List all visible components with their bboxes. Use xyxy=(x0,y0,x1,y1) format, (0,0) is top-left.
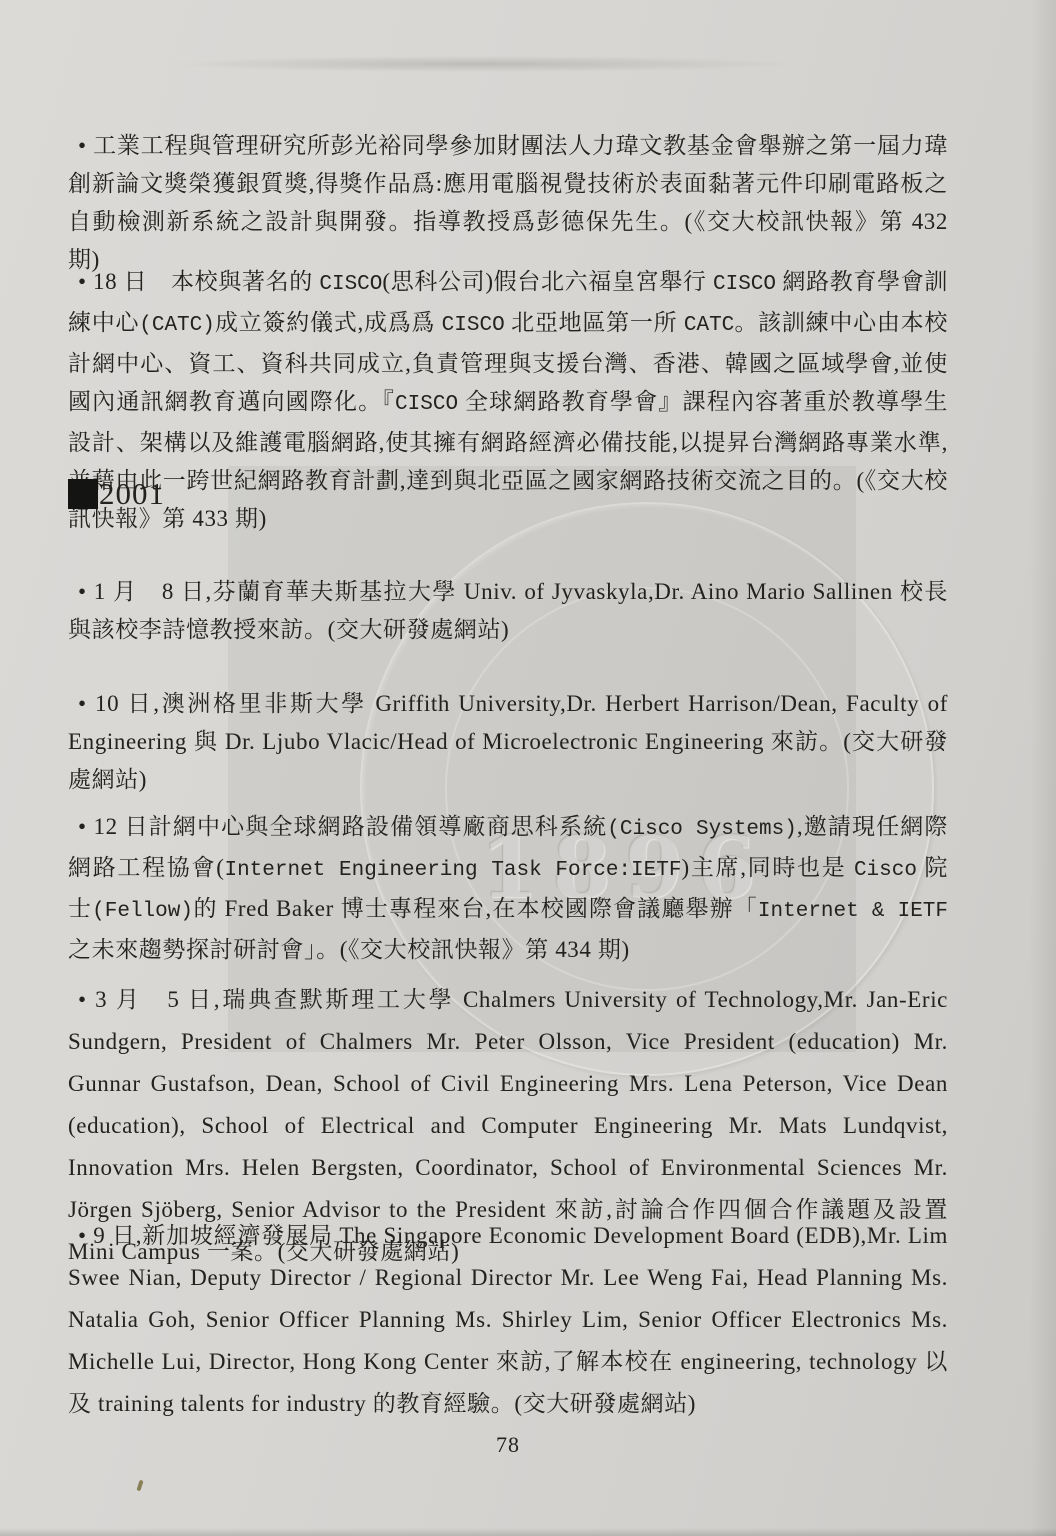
entry-jyvaskyla-visit: • 1 月 8 日,芬蘭育華夫斯基拉大學 Univ. of Jyvaskyla,… xyxy=(68,573,948,649)
entry-griffith-visit: • 10 日,澳洲格里非斯大學 Griffith University,Dr. … xyxy=(68,685,948,799)
scan-edge-shadow-bottom xyxy=(0,1528,1056,1536)
year-label: 2001 xyxy=(99,476,165,512)
entry-cisco-catc: • 18 日 本校與著名的 CISCO(思科公司)假台北六福皇宮舉行 CISCO… xyxy=(68,263,948,538)
page-number: 78 xyxy=(0,1432,1016,1458)
year-square-marker xyxy=(68,479,98,509)
entry-cisco-ietf-seminar: • 12 日計網中心與全球網路設備領導廠商思科系統(Cisco Systems)… xyxy=(68,808,948,969)
scan-crease-shadow xyxy=(170,56,790,72)
ink-speck xyxy=(136,1480,143,1492)
entry-industrial-engineering-award: • 工業工程與管理研究所彭光裕同學參加財團法人力瑋文教基金會舉辦之第一屆力瑋創新… xyxy=(68,127,948,279)
scan-edge-shadow-right xyxy=(1030,0,1056,1536)
scanned-page: 1896 • 工業工程與管理研究所彭光裕同學參加財團法人力瑋文教基金會舉辦之第一… xyxy=(0,0,1056,1536)
entry-singapore-edb-visit: • 9 日,新加坡經濟發展局 The Singapore Economic De… xyxy=(68,1215,948,1425)
year-heading-2001: 2001 xyxy=(68,476,165,512)
